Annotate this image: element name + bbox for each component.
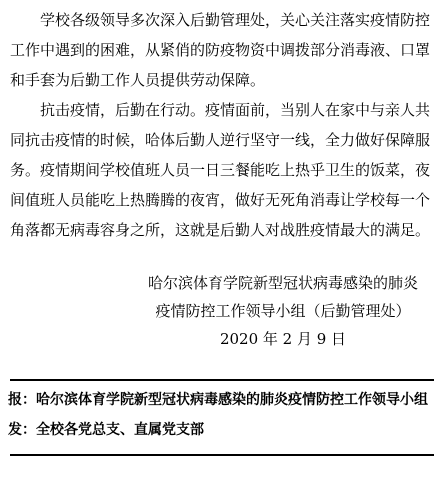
signature-org-line-2: 疫情防控工作领导小组（后勤管理处） bbox=[148, 297, 418, 325]
body-paragraph-1: 学校各级领导多次深入后勤管理处，关心关注落实疫情防控工作中遇到的困难，从紧俏的防… bbox=[10, 5, 430, 95]
body-paragraph-2: 抗击疫情，后勤在行动。疫情面前，当别人在家中与亲人共同抗击疫情的时候，哈体后勤人… bbox=[10, 95, 430, 245]
signature-date: 2020 年 2 月 9 日 bbox=[148, 325, 418, 353]
signature-block: 哈尔滨体育学院新型冠状病毒感染的肺炎 疫情防控工作领导小组（后勤管理处） 202… bbox=[148, 269, 418, 353]
signature-org-line-1: 哈尔滨体育学院新型冠状病毒感染的肺炎 bbox=[148, 269, 418, 297]
footer-distribution-line: 发：全校各党总支、直属党支部 bbox=[8, 415, 436, 445]
footer-rule-bottom bbox=[10, 454, 434, 456]
footer-report-line: 报：哈尔滨体育学院新型冠状病毒感染的肺炎疫情防控工作领导小组 bbox=[8, 385, 436, 415]
document-body: 学校各级领导多次深入后勤管理处，关心关注落实疫情防控工作中遇到的困难，从紧俏的防… bbox=[10, 5, 430, 245]
footer-distribution-block: 报：哈尔滨体育学院新型冠状病毒感染的肺炎疫情防控工作领导小组 发：全校各党总支、… bbox=[8, 385, 436, 445]
document-page: 学校各级领导多次深入后勤管理处，关心关注落实疫情防控工作中遇到的困难，从紧俏的防… bbox=[0, 0, 440, 477]
footer-rule-top bbox=[10, 379, 434, 381]
